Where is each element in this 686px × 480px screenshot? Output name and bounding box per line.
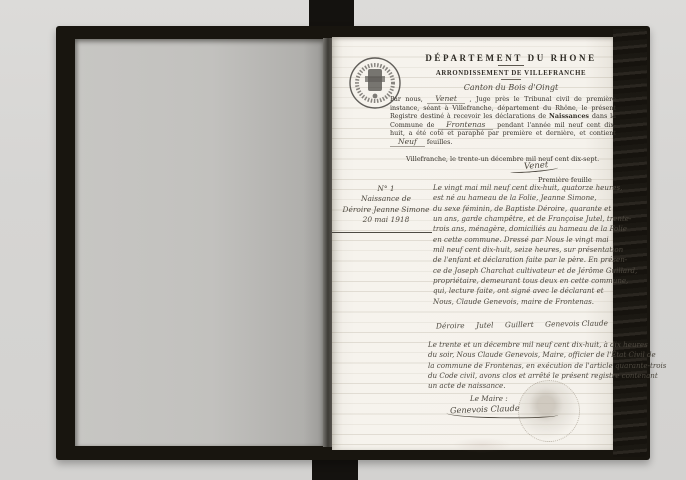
closing-line: Le trente et un décembre mil neuf cent d… — [428, 340, 616, 350]
act-line: trois ans, ménagère, domiciliés au hamea… — [433, 224, 614, 234]
birth-act-text: Le vingt mai mil neuf cent dix-huit, qua… — [433, 183, 614, 307]
act-margin-note: N° 1 Naissance de Déroire Jeanne Simone … — [342, 184, 430, 226]
scanned-civil-register-photo: DÉPARTEMENT DU RHONE ARRONDISSEMENT DE V… — [0, 0, 686, 480]
canton-handwritten: Canton du Bois d'Oingt — [416, 83, 606, 92]
act-line: un ans, garde champêtre, et de Françoise… — [433, 214, 614, 224]
arrondissement-title: ARRONDISSEMENT DE VILLEFRANCHE — [416, 70, 606, 77]
villefranche-dateline: Villefranche, le trente-un décembre mil … — [406, 155, 599, 163]
blank-left-page — [75, 39, 323, 446]
act-line: Nous, Claude Genevois, maire de Frontena… — [433, 297, 614, 307]
closing-line: du Code civil, avons clos et arrêté le p… — [428, 371, 616, 381]
book-gutter-shadow — [323, 38, 332, 447]
margin-name: Déroire Jeanne Simone — [342, 205, 430, 215]
register-closing-statement: Le trente et un décembre mil neuf cent d… — [428, 340, 616, 392]
act-number: N° 1 — [342, 184, 430, 194]
register-opening-formula: Par nous, Venet , Juge près le Tribunal … — [390, 95, 616, 147]
department-title: DÉPARTEMENT DU RHONE — [416, 53, 606, 63]
margin-date: 20 mai 1918 — [342, 215, 430, 225]
closing-line: la commune de Frontenas, en exécution de… — [428, 361, 616, 371]
closing-line: un acte de naissance. — [428, 381, 616, 391]
signature-witness-1: Jutel — [476, 320, 494, 329]
margin-divider-line — [332, 232, 432, 233]
title-rule — [498, 65, 524, 66]
commune-name-handwritten: Frontenas — [438, 120, 493, 130]
act-signatures-row: Déroire Jutel Guillert Genevois Claude — [436, 318, 608, 330]
act-line: en cette commune. Dressé par Nous le vin… — [433, 235, 614, 245]
act-line: de l'enfant et déclaration faite par le … — [433, 255, 614, 265]
closing-line: du soir, Nous Claude Genevois, Maire, of… — [428, 350, 616, 360]
signature-mayor: Genevois Claude — [545, 319, 608, 329]
register-book-cover: DÉPARTEMENT DU RHONE ARRONDISSEMENT DE V… — [56, 26, 650, 460]
act-line: propriétaire, demeurant tous deux en cet… — [433, 276, 614, 286]
register-right-page: DÉPARTEMENT DU RHONE ARRONDISSEMENT DE V… — [332, 37, 613, 450]
signature-declarant: Déroire — [436, 321, 465, 330]
margin-line: Naissance de — [342, 194, 430, 204]
naissances-word: Naissances — [549, 112, 589, 120]
mayor-closing-signature: Genevois Claude — [450, 403, 520, 415]
judge-signature: Venet — [524, 160, 549, 172]
act-line: Le vingt mai mil neuf cent dix-huit, qua… — [433, 183, 614, 193]
title-rule — [501, 79, 521, 80]
feuilles-word: feuilles. — [427, 138, 453, 146]
par-nous-text: Par nous, — [390, 95, 423, 103]
faded-ink-stamp-icon — [518, 380, 580, 442]
signature-witness-2: Guillert — [505, 320, 534, 329]
act-line: ce de Joseph Charchat cultivateur et de … — [433, 266, 614, 276]
ink-smudge — [452, 437, 512, 453]
act-line: mil neuf cent dix-huit, seize heures, su… — [433, 245, 614, 255]
act-line: est né au hameau de la Folie, Jeanne Sim… — [433, 193, 614, 203]
act-line: qui, lecture faite, ont signé avec le dé… — [433, 286, 614, 296]
printed-header: DÉPARTEMENT DU RHONE ARRONDISSEMENT DE V… — [416, 53, 606, 92]
judge-name-handwritten: Venet — [427, 94, 465, 104]
book-cover-edge — [613, 29, 647, 457]
act-line: du sexe féminin, de Baptiste Déroire, qu… — [433, 204, 614, 214]
le-maire-label: Le Maire : — [470, 394, 508, 403]
sheet-count-handwritten: Neuf — [390, 137, 425, 147]
